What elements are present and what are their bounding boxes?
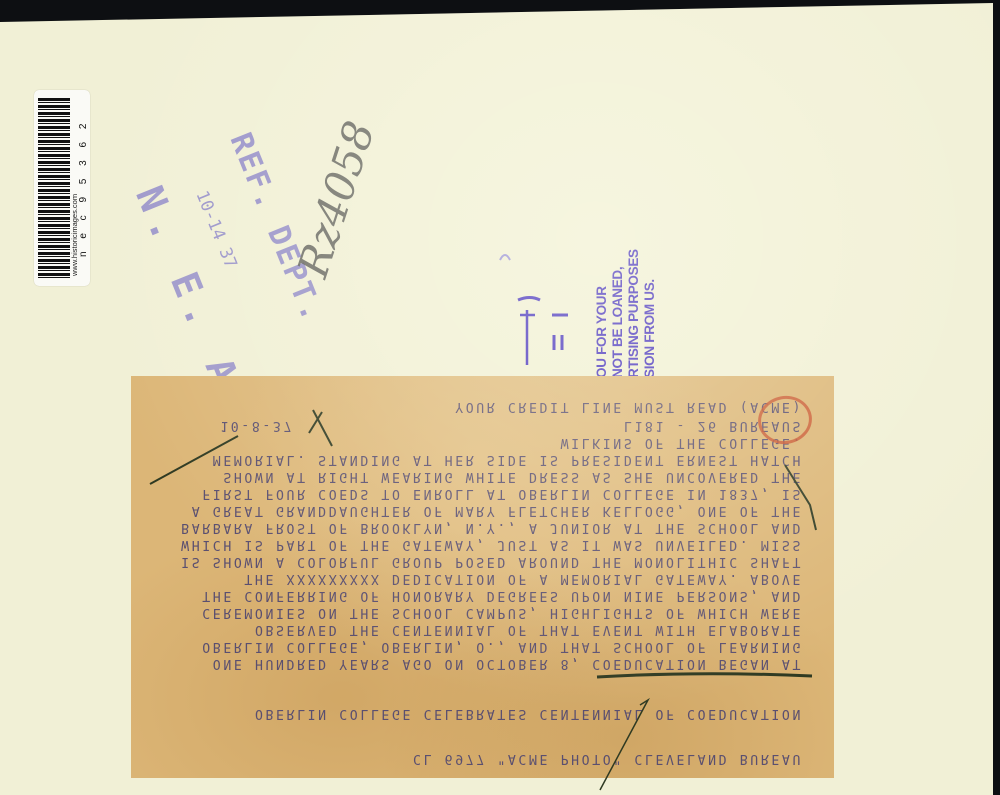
caption-body-line: WHICH IS PART OF THE GATEWAY, JUST AS IT…	[181, 535, 803, 552]
caption-card-text: CL 6977 "ACME PHOTO" CLEVELAND BUREAU OB…	[131, 376, 834, 778]
caption-body-line: FIRST FOUR COEDS TO ENROLL AT OBERLIN CO…	[202, 484, 803, 501]
barcode-bars	[38, 98, 70, 278]
caption-body-line: A GREAT GRANDDAUGHTER OF MARY FLETCHER K…	[192, 501, 803, 518]
caption-body-line: BARBARA FROST OF BROOKLYN, N.Y., A JUNIO…	[181, 518, 803, 535]
pencil-inventory-note: Rz4058	[288, 115, 384, 283]
caption-title: OBERLIN COLLEGE CELEBRATES CENTENNIAL OF…	[255, 704, 803, 721]
caption-card: CL 6977 "ACME PHOTO" CLEVELAND BUREAU OB…	[131, 376, 834, 778]
caption-credit-line: YOUR CREDIT LINE MUST READ (ACME)	[455, 397, 803, 414]
barcode-sticker: www.historicimages.com n e c 9 5 3 6 2	[34, 90, 90, 286]
caption-body-line: MEMORIAL. STANDING AT HER SIDE IS PRESID…	[213, 450, 803, 467]
notice-line: NOT BE LOANED,	[610, 249, 626, 378]
notice-line: RTISING PURPOSES	[626, 249, 642, 378]
caption-body-line: SHOWN AT RIGHT WEARING WHITE DRESS AS SH…	[223, 467, 803, 484]
barcode-digits: n e c 9 5 3 6 2	[78, 96, 92, 280]
faint-purple-marks	[490, 240, 570, 370]
notice-line: SION FROM US.	[642, 249, 658, 378]
caption-body-line: OBSERVED THE CENTENNIAL OF THAT EVENT WI…	[255, 620, 803, 637]
usage-notice-stamp: OU FOR YOUR NOT BE LOANED, RTISING PURPO…	[594, 249, 658, 378]
caption-body-line: CEREMONIES ON THE SCHOOL CAMPUS, HIGHLIG…	[202, 603, 803, 620]
notice-line: OU FOR YOUR	[594, 249, 610, 378]
caption-body-line: OBERLIN COLLEGE, OBERLIN, O., AND THAT S…	[202, 637, 803, 654]
photo-back-paper: www.historicimages.com n e c 9 5 3 6 2 R…	[0, 0, 993, 795]
caption-header: CL 6977 "ACME PHOTO" CLEVELAND BUREAU	[413, 749, 803, 766]
caption-body-line: IS SHOWN A COLORFUL GROUP POSED AROUND T…	[181, 552, 803, 569]
caption-date: 10-8-37	[220, 416, 294, 433]
caption-body-line: THE XXXXXXXXX DEDICATION OF A MEMORIAL G…	[244, 569, 803, 586]
caption-body-line: THE CONFERRING OF HONORARY DEGREES UPON …	[202, 586, 803, 603]
caption-body-line: ONE HUNDRED YEARS AGO ON OCTOBER 8, COED…	[213, 654, 803, 671]
